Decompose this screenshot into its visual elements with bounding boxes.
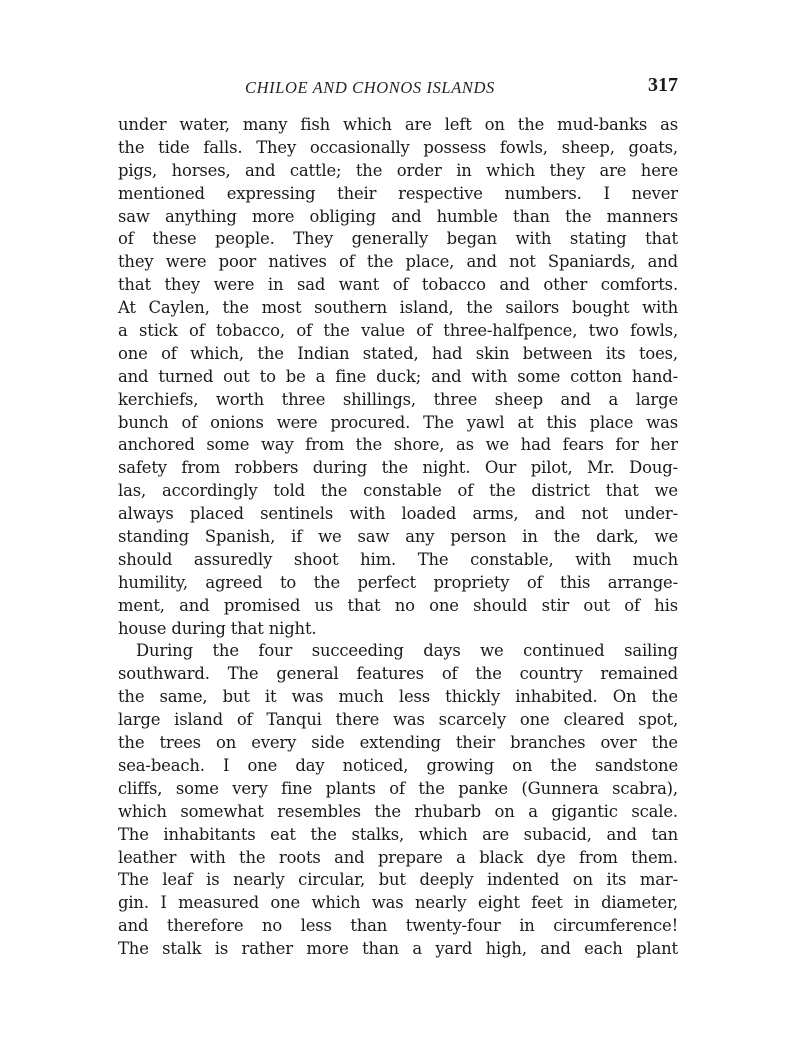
text-line: gin. I measured one which was nearly eig… <box>118 892 678 915</box>
text-line: one of which, the Indian stated, had ski… <box>118 343 678 366</box>
text-line: At Caylen, the most southern island, the… <box>118 297 678 320</box>
text-line: The stalk is rather more than a yard hig… <box>118 938 678 961</box>
running-title: CHILOE AND CHONOS ISLANDS <box>245 78 495 98</box>
text-line: humility, agreed to the perfect propriet… <box>118 572 678 595</box>
text-line: sea-beach. I one day noticed, growing on… <box>118 755 678 778</box>
text-line: mentioned expressing their respective nu… <box>118 183 678 206</box>
text-line: anchored some way from the shore, as we … <box>118 434 678 457</box>
text-line: under water, many fish which are left on… <box>118 114 678 137</box>
text-line: ment, and promised us that no one should… <box>118 595 678 618</box>
text-line: they were poor natives of the place, and… <box>118 251 678 274</box>
text-line: leather with the roots and prepare a bla… <box>118 847 678 870</box>
text-line: and therefore no less than twenty-four i… <box>118 915 678 938</box>
text-line: bunch of onions were procured. The yawl … <box>118 412 678 435</box>
paragraph-1: under water, many fish which are left on… <box>118 114 678 640</box>
text-line: pigs, horses, and cattle; the order in w… <box>118 160 678 183</box>
book-page: CHILOE AND CHONOS ISLANDS 317 under wate… <box>118 72 678 961</box>
text-line: and turned out to be a fine duck; and wi… <box>118 366 678 389</box>
text-line: The inhabitants eat the stalks, which ar… <box>118 824 678 847</box>
running-head: CHILOE AND CHONOS ISLANDS 317 <box>118 72 678 104</box>
text-line: of these people. They generally began wi… <box>118 228 678 251</box>
text-line: the same, but it was much less thickly i… <box>118 686 678 709</box>
paragraph-2: During the four succeeding days we conti… <box>118 640 678 960</box>
text-line: the trees on every side extending their … <box>118 732 678 755</box>
text-line: should assuredly shoot him. The constabl… <box>118 549 678 572</box>
text-line: a stick of tobacco, of the value of thre… <box>118 320 678 343</box>
text-line: saw anything more obliging and humble th… <box>118 206 678 229</box>
text-line: southward. The general features of the c… <box>118 663 678 686</box>
text-line: The leaf is nearly circular, but deeply … <box>118 869 678 892</box>
text-line: which somewhat resembles the rhubarb on … <box>118 801 678 824</box>
text-line: always placed sentinels with loaded arms… <box>118 503 678 526</box>
text-line: house during that night. <box>118 618 678 641</box>
page-number: 317 <box>648 74 678 97</box>
text-line: kerchiefs, worth three shillings, three … <box>118 389 678 412</box>
text-line: safety from robbers during the night. Ou… <box>118 457 678 480</box>
text-line: large island of Tanqui there was scarcel… <box>118 709 678 732</box>
text-line: that they were in sad want of tobacco an… <box>118 274 678 297</box>
body-text: under water, many fish which are left on… <box>118 114 678 961</box>
text-line: During the four succeeding days we conti… <box>118 640 678 663</box>
text-line: the tide falls. They occasionally posses… <box>118 137 678 160</box>
text-line: cliffs, some very fine plants of the pan… <box>118 778 678 801</box>
text-line: standing Spanish, if we saw any person i… <box>118 526 678 549</box>
text-line: las, accordingly told the constable of t… <box>118 480 678 503</box>
